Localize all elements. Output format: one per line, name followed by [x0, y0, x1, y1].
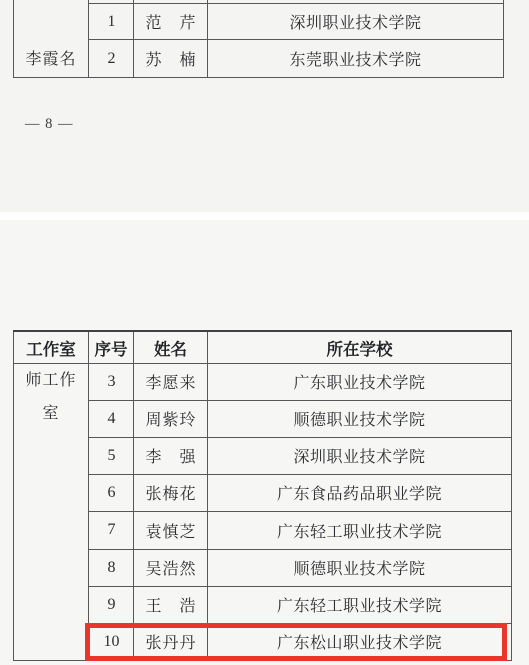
table-cell-school: 广东轻工职业技术学院: [208, 586, 511, 623]
table-row: 6 张梅花 广东食品药品职业学院: [89, 474, 511, 511]
table-cell-name: 吴浩然: [134, 549, 208, 586]
table-cell-name: 王 浩: [134, 586, 208, 623]
table-cell-name: 袁慎芝: [134, 511, 208, 549]
table-row: 5 李 强 深圳职业技术学院: [89, 437, 511, 474]
page-break-gap: [0, 212, 529, 220]
table-cell-name: 张梅花: [134, 474, 208, 511]
table-cell-seq: 9: [89, 586, 134, 623]
table-cell-school: 广东职业技术学院: [208, 363, 511, 400]
table-cell-name: 苏 楠: [134, 40, 208, 77]
table-cell-seq: 3: [89, 363, 134, 400]
table-cell-seq: 7: [89, 511, 134, 549]
header-group: 工作室: [14, 332, 88, 363]
header-name: 姓名: [134, 332, 207, 363]
table-cell-seq: 8: [89, 549, 134, 586]
table-cell-school: 深圳职业技术学院: [208, 4, 503, 39]
group-name-cell: 师工作 室: [14, 364, 88, 430]
scanned-document: 李霞名 1 范 芹 深圳职业技术学院 2 苏 楠 东莞职业技术学院 — 8 — …: [0, 0, 529, 665]
table-cell-school: 广东轻工职业技术学院: [208, 511, 511, 549]
red-highlight-box: [85, 623, 507, 661]
header-school: 所在学校: [208, 332, 511, 363]
table-cell-seq: 4: [89, 400, 134, 437]
table-row: 4 周紫玲 顺德职业技术学院: [89, 400, 511, 437]
group-name-cell: 李霞名: [14, 37, 88, 77]
table-row: 3 李愿来 广东职业技术学院: [89, 363, 511, 400]
table-cell-school: 广东食品药品职业学院: [208, 474, 511, 511]
table-cell-seq: 2: [89, 40, 134, 77]
table-cell-name: 李愿来: [134, 363, 208, 400]
header-seq: 序号: [89, 332, 133, 363]
table-cell-name: 范 芹: [134, 4, 208, 39]
table-cell-name: 周紫玲: [134, 400, 208, 437]
table-cell-school: 顺德职业技术学院: [208, 400, 511, 437]
table-cell-seq: 1: [89, 4, 134, 39]
table-cell-name: 李 强: [134, 437, 208, 474]
group-name-line1: 师工作: [14, 364, 88, 397]
table-cell-school: 东莞职业技术学院: [208, 40, 503, 77]
page-number: — 8 —: [25, 116, 74, 133]
table-row: 2 苏 楠 东莞职业技术学院: [89, 40, 503, 77]
table-row: 8 吴浩然 顺德职业技术学院: [89, 549, 511, 586]
table-row: 1 范 芹 深圳职业技术学院: [89, 4, 503, 39]
table-cell-seq: 6: [89, 474, 134, 511]
table-cell-seq: 5: [89, 437, 134, 474]
table-row: 9 王 浩 广东轻工职业技术学院: [89, 586, 511, 623]
table-cell-school: 顺德职业技术学院: [208, 549, 511, 586]
group-name-line2: 室: [14, 397, 88, 430]
grid-line: [511, 330, 512, 661]
table-row: 7 袁慎芝 广东轻工职业技术学院: [89, 511, 511, 549]
grid-line: [13, 77, 504, 78]
table-cell-school: 深圳职业技术学院: [208, 437, 511, 474]
